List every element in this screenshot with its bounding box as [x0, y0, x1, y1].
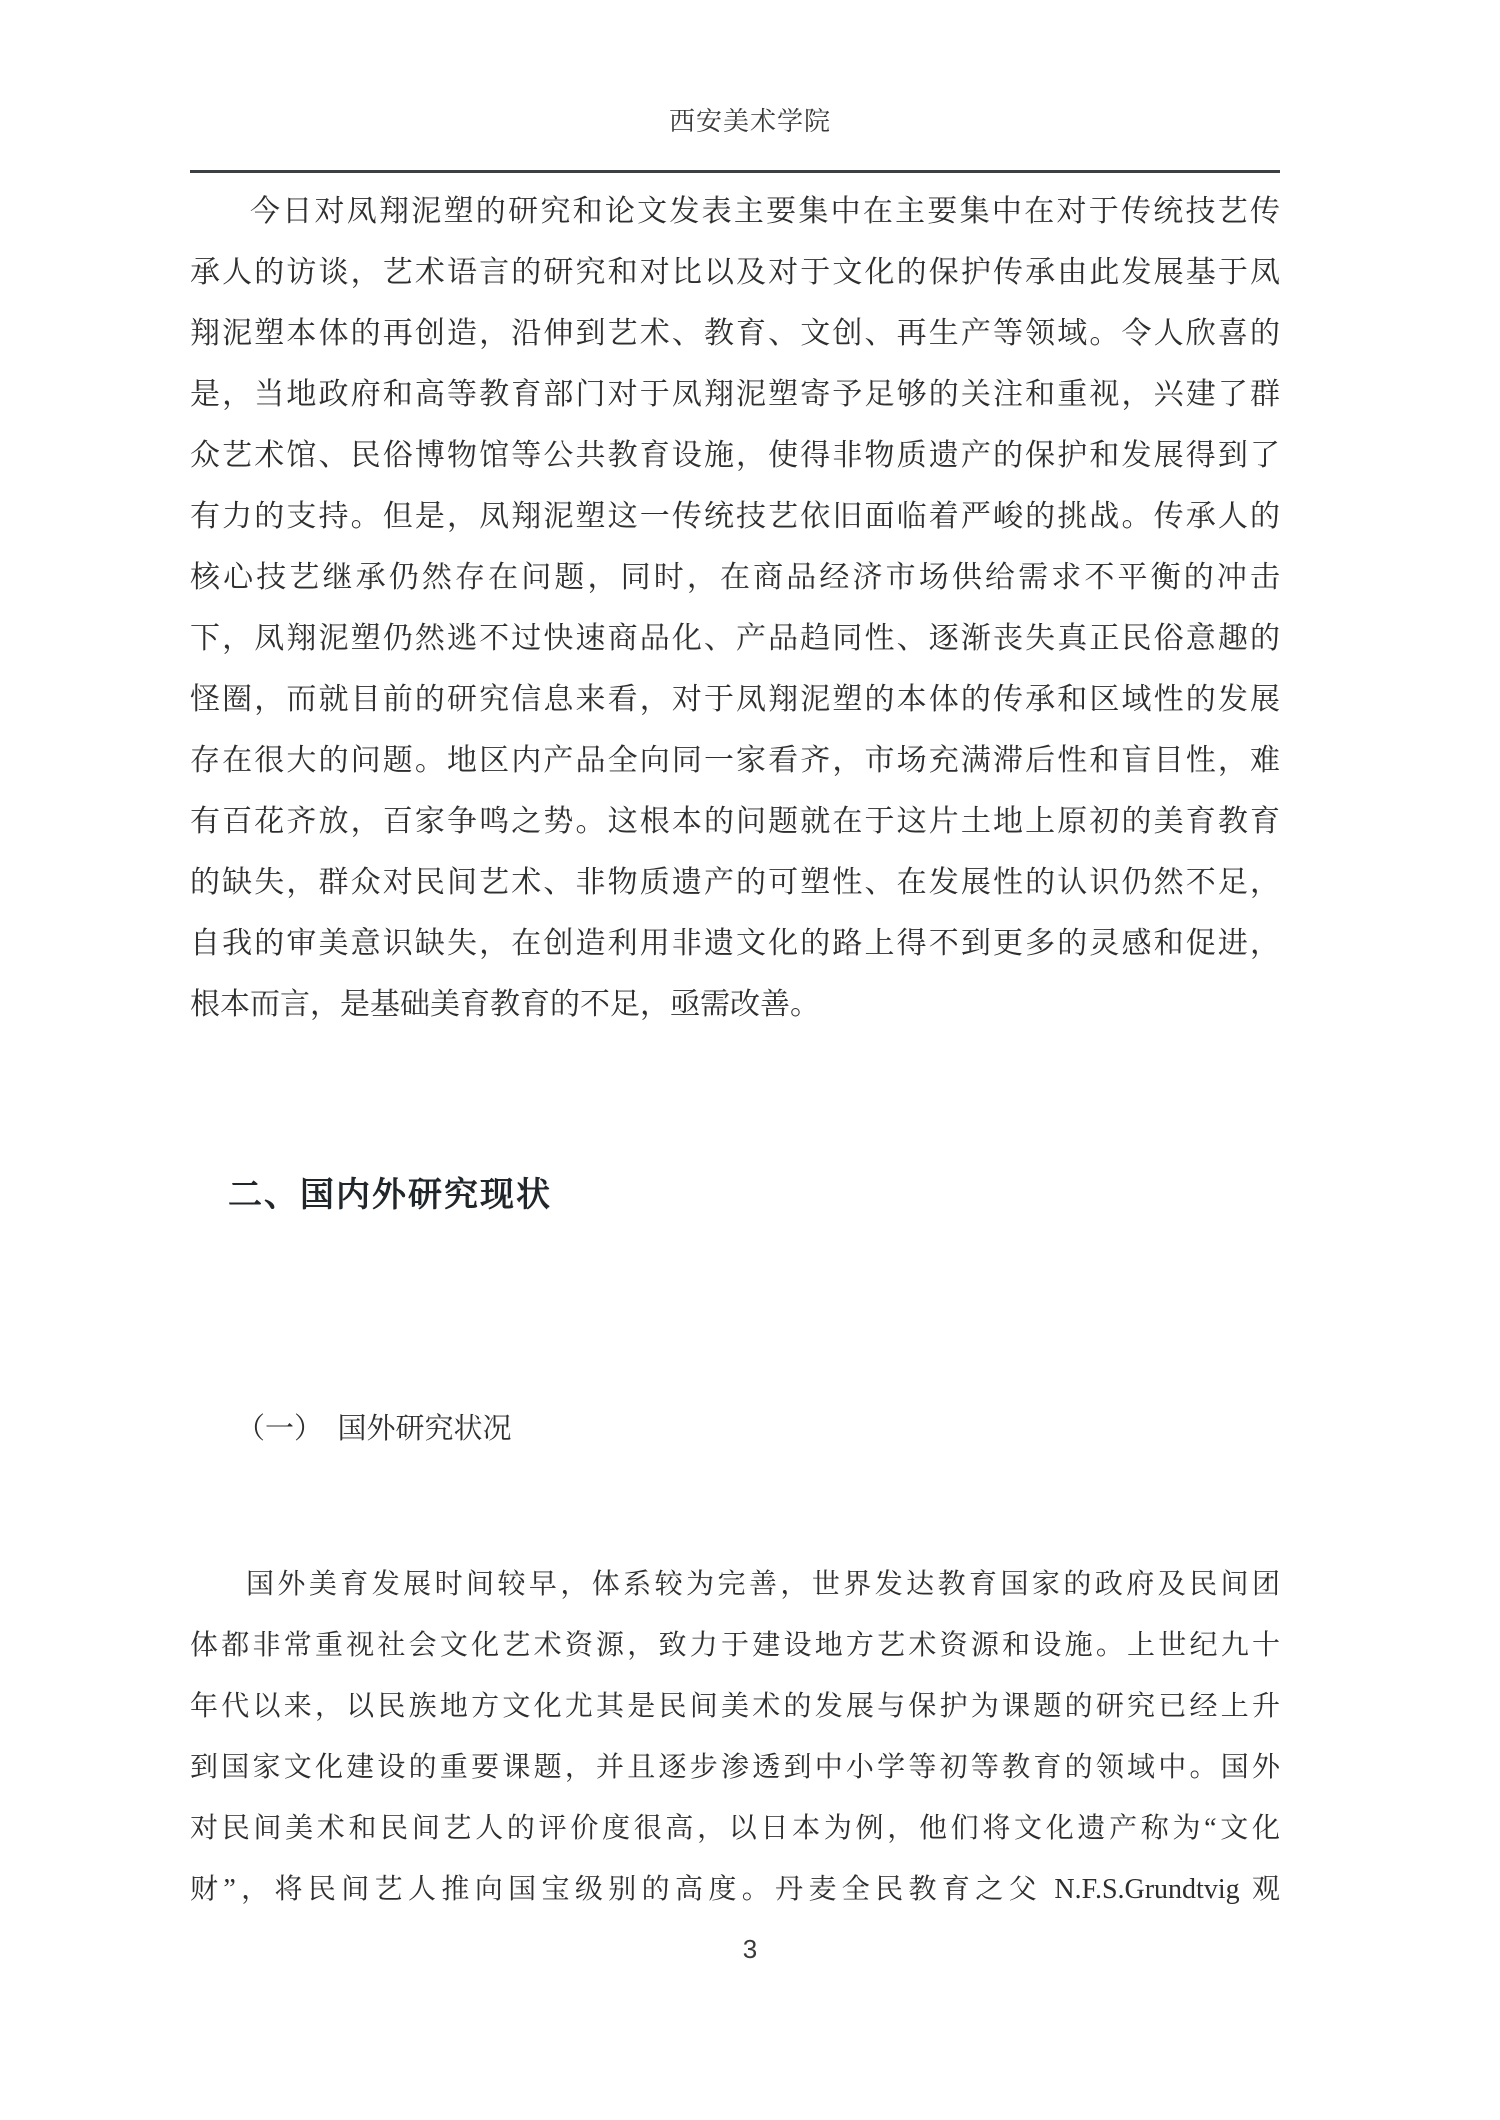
page-header-title: 西安美术学院 [0, 101, 1500, 138]
header-divider-rule [190, 170, 1280, 173]
paragraph-2: 国外美育发展时间较早，体系较为完善，世界发达教育国家的政府及民间团 体都非常重视… [190, 1554, 1280, 1920]
paragraph-line: 核心技艺继承仍然存在问题，同时，在商品经济市场供给需求不平衡的冲击 [190, 547, 1280, 608]
paragraph-line: 财”，将民间艺人推向国宝级别的高度。丹麦全民教育之父 N.F.S.Grundtv… [190, 1859, 1280, 1920]
paragraph-line: 是，当地政府和高等教育部门对于凤翔泥塑寄予足够的关注和重视，兴建了群 [190, 364, 1280, 425]
paragraph-line: 体都非常重视社会文化艺术资源，致力于建设地方艺术资源和设施。上世纪九十 [190, 1615, 1280, 1676]
document-page: 西安美术学院 今日对凤翔泥塑的研究和论文发表主要集中在主要集中在对于传统技艺传 … [0, 0, 1500, 2120]
page-number: 3 [0, 1934, 1500, 1965]
paragraph-line: 今日对凤翔泥塑的研究和论文发表主要集中在主要集中在对于传统技艺传 [190, 181, 1280, 242]
paragraph-line: 承人的访谈，艺术语言的研究和对比以及对于文化的保护传承由此发展基于凤 [190, 242, 1280, 303]
paragraph-line: 对民间美术和民间艺人的评价度很高，以日本为例，他们将文化遗产称为“文化 [190, 1798, 1280, 1859]
paragraph-line: 怪圈，而就目前的研究信息来看，对于凤翔泥塑的本体的传承和区域性的发展 [190, 669, 1280, 730]
paragraph-line: 到国家文化建设的重要课题，并且逐步渗透到中小学等初等教育的领域中。国外 [190, 1737, 1280, 1798]
sub-section-heading: （一） 国外研究状况 [236, 1406, 512, 1447]
paragraph-1: 今日对凤翔泥塑的研究和论文发表主要集中在主要集中在对于传统技艺传 承人的访谈，艺… [190, 181, 1280, 1035]
paragraph-line: 年代以来，以民族地方文化尤其是民间美术的发展与保护为课题的研究已经上升 [190, 1676, 1280, 1737]
paragraph-line: 根本而言，是基础美育教育的不足，亟需改善。 [190, 974, 1280, 1035]
paragraph-line: 翔泥塑本体的再创造，沿伸到艺术、教育、文创、再生产等领域。令人欣喜的 [190, 303, 1280, 364]
paragraph-line: 有百花齐放，百家争鸣之势。这根本的问题就在于这片土地上原初的美育教育 [190, 791, 1280, 852]
paragraph-line: 自我的审美意识缺失，在创造利用非遗文化的路上得不到更多的灵感和促进， [190, 913, 1280, 974]
paragraph-line: 国外美育发展时间较早，体系较为完善，世界发达教育国家的政府及民间团 [190, 1554, 1280, 1615]
paragraph-line: 下，凤翔泥塑仍然逃不过快速商品化、产品趋同性、逐渐丧失真正民俗意趣的 [190, 608, 1280, 669]
paragraph-line: 众艺术馆、民俗博物馆等公共教育设施，使得非物质遗产的保护和发展得到了 [190, 425, 1280, 486]
section-heading: 二、国内外研究现状 [228, 1167, 552, 1216]
paragraph-line: 的缺失，群众对民间艺术、非物质遗产的可塑性、在发展性的认识仍然不足， [190, 852, 1280, 913]
paragraph-line: 存在很大的问题。地区内产品全向同一家看齐，市场充满滞后性和盲目性，难 [190, 730, 1280, 791]
paragraph-line: 有力的支持。但是，凤翔泥塑这一传统技艺依旧面临着严峻的挑战。传承人的 [190, 486, 1280, 547]
